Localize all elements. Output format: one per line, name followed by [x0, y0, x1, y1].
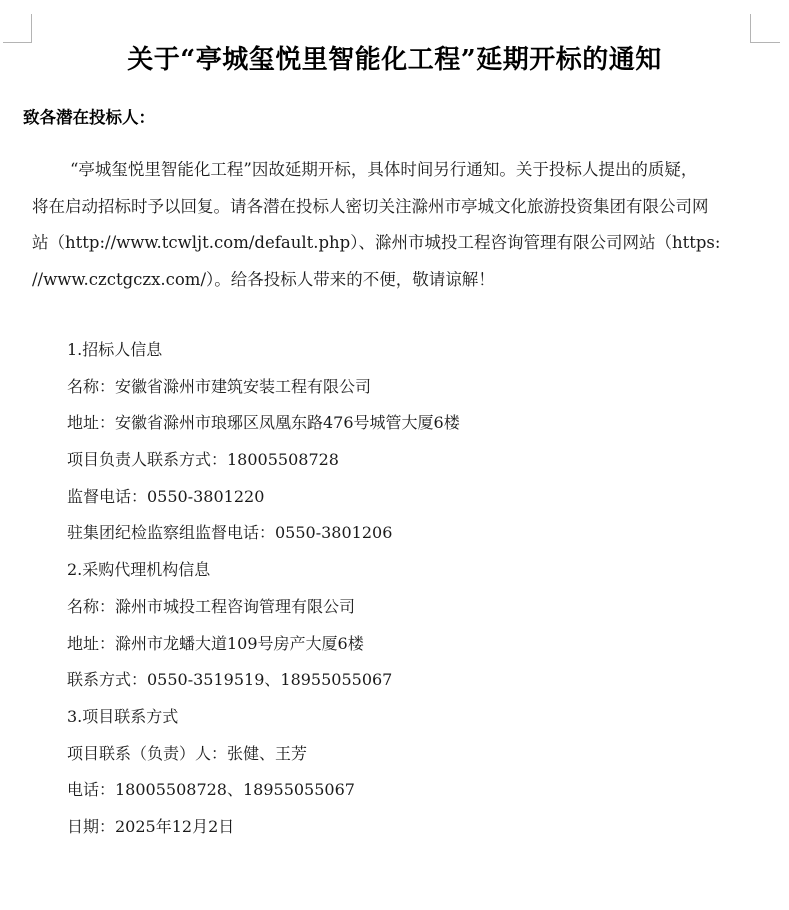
- tenderer-project-contact: 项目负责人联系方式：18005508728: [67, 442, 460, 479]
- supervision-phone: 监督电话：0550-3801220: [67, 479, 460, 516]
- page-corner-mark-top-left: [3, 14, 32, 43]
- agency-contact: 联系方式：0550-3519519、18955055067: [67, 662, 460, 699]
- info-sections: 1.招标人信息 名称：安徽省滁州市建筑安装工程有限公司 地址：安徽省滁州市琅琊区…: [67, 332, 460, 846]
- project-contact-phone: 电话：18005508728、18955055067: [67, 772, 460, 809]
- salutation: 致各潜在投标人：: [23, 105, 155, 131]
- document-title: 关于“亭城玺悦里智能化工程”延期开标的通知: [0, 42, 789, 78]
- body-line: “亭城玺悦里智能化工程”因故延期开标，具体时间另行通知。关于投标人提出的质疑，: [32, 152, 757, 189]
- agency-address: 地址：滁州市龙蟠大道109号房产大厦6楼: [67, 626, 460, 663]
- body-line: 将在启动招标时予以回复。请各潜在投标人密切关注滁州市亭城文化旅游投资集团有限公司…: [32, 189, 757, 226]
- tenderer-name: 名称：安徽省滁州市建筑安装工程有限公司: [67, 369, 460, 406]
- body-line: //www.czctgczx.com/）。给各投标人带来的不便，敬请谅解！: [32, 262, 757, 299]
- page-corner-mark-top-right: [750, 14, 780, 43]
- agency-name: 名称：滁州市城投工程咨询管理有限公司: [67, 589, 460, 626]
- section-heading-tenderer: 1.招标人信息: [67, 332, 460, 369]
- body-line: 站（http://www.tcwljt.com/default.php）、滁州市…: [32, 225, 757, 262]
- discipline-supervision-phone: 驻集团纪检监察组监督电话：0550-3801206: [67, 515, 460, 552]
- section-heading-project-contact: 3.项目联系方式: [67, 699, 460, 736]
- body-paragraph: “亭城玺悦里智能化工程”因故延期开标，具体时间另行通知。关于投标人提出的质疑， …: [32, 152, 757, 298]
- project-contact-persons: 项目联系（负责）人：张健、王芳: [67, 736, 460, 773]
- tenderer-address: 地址：安徽省滁州市琅琊区凤凰东路476号城管大厦6楼: [67, 405, 460, 442]
- document-date: 日期：2025年12月2日: [67, 809, 460, 846]
- section-heading-agency: 2.采购代理机构信息: [67, 552, 460, 589]
